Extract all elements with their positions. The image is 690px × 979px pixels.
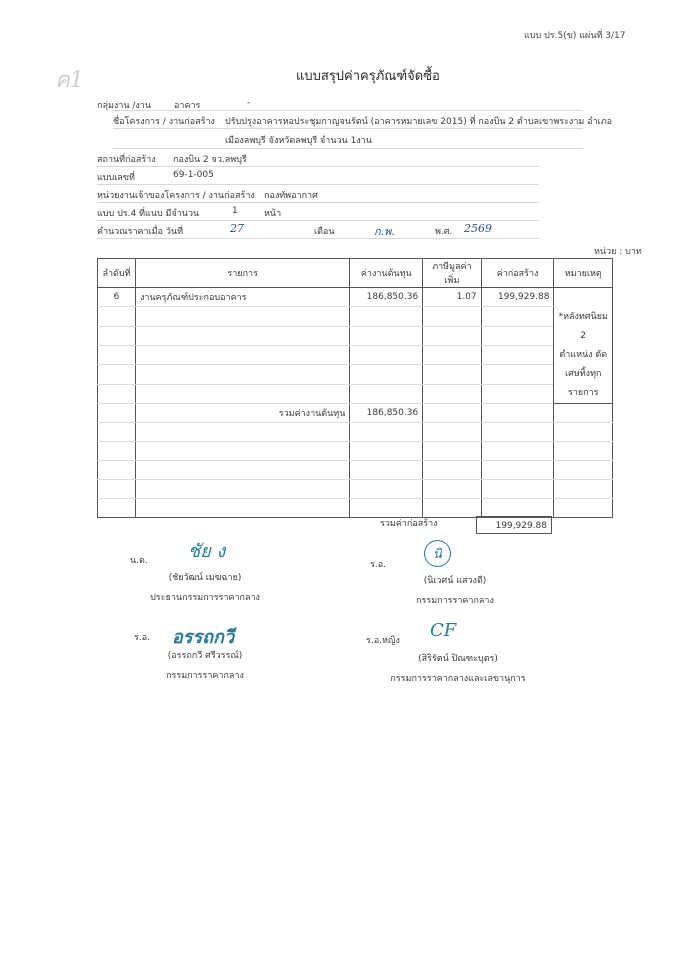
year-label: พ.ศ. [435, 224, 452, 238]
site-value: กองบิน 2 จว.ลพบุรี [173, 152, 247, 166]
table-row-empty [98, 307, 613, 326]
project-value-line2: เมืองลพบุรี จังหวัดลพบุรี จำนวน 1งาน [225, 133, 372, 147]
signer-1-block: (ชัยวัฒน์ เมฆฉาย) ประธานกรรมการราคากลาง [140, 570, 270, 604]
header-item: รายการ [135, 259, 349, 288]
note-line: รายการ [558, 384, 608, 403]
unit-label: หน่วย : บาท [594, 244, 642, 258]
project-value-line1: ปรับปรุงอาคารหอประชุมกาญจนรัตน์ (อาคารหม… [225, 114, 612, 128]
info-owner-row: หน่วยงานเจ้าของโครงการ / งานก่อสร้าง กอง… [97, 185, 539, 203]
table-row-empty [98, 461, 613, 480]
signer-3-block: (อรรถกวี ศรีวรรณ์) กรรมการราคากลาง [150, 648, 260, 682]
note-line: เศษทิ้งทุก [558, 365, 608, 384]
info-project-row: ชื่อโครงการ / งานก่อสร้าง ปรับปรุงอาคารห… [113, 110, 583, 129]
row-no: 6 [98, 288, 136, 307]
table-row-empty [98, 480, 613, 499]
subtotal-row: รวมค่างานต้นทุน 186,850.36 [98, 404, 613, 423]
header-cost: ค่างานต้นทุน [350, 259, 423, 288]
header-construction: ค่าก่อสร้าง [481, 259, 554, 288]
signer-1-signature: ชัย ง [188, 536, 225, 565]
info-calc-row: คำนวณราคาเมื่อ วันที่ 27 เดือน ก.พ. พ.ศ.… [97, 221, 539, 239]
table-row-empty [98, 384, 613, 403]
signer-2-signature: นิ [424, 540, 451, 567]
info-plan-row: แบบเลขที่ 69-1-005 [97, 167, 539, 185]
header-note: หมายเหตุ [554, 259, 613, 288]
table-row: 6 งานครุภัณฑ์ประกอบอาคาร 186,850.36 1.07… [98, 288, 613, 307]
attach-label: แบบ ปร.4 ที่แนบ มีจำนวน [97, 206, 199, 220]
table-header-row: ลำดับที่ รายการ ค่างานต้นทุน ภาษีมูลค่าเ… [98, 259, 613, 288]
signer-4-signature: CF [430, 620, 456, 641]
signer-4-block: (สิริรัตน์ ปิณฑะบุตร) กรรมการราคากลางและ… [378, 651, 538, 685]
subtotal-value: 186,850.36 [350, 404, 423, 423]
row-cost: 186,850.36 [350, 288, 423, 307]
plan-no-label: แบบเลขที่ [97, 170, 135, 184]
signer-2-role: กรรมการราคากลาง [390, 593, 520, 607]
table-row-empty [98, 345, 613, 364]
site-label: สถานที่ก่อสร้าง [97, 152, 156, 166]
info-site-row: สถานที่ก่อสร้าง กองบิน 2 จว.ลพบุรี [97, 149, 539, 167]
signer-2-block: (นิเวศน์ แสวงดี) กรรมการราคากลาง [390, 573, 520, 607]
table-row-empty [98, 442, 613, 461]
calc-month: ก.พ. [374, 222, 395, 240]
signer-4-role: กรรมการราคากลางและเลขานุการ [378, 671, 538, 685]
table-row-empty [98, 499, 613, 518]
signer-3-rank: ร.อ. [134, 630, 150, 644]
note-line: *หลังทศนิยม 2 [558, 308, 608, 346]
note-cell: *หลังทศนิยม 2 ตำแหน่ง ตัด เศษทิ้งทุก ราย… [554, 288, 613, 404]
month-label: เดือน [314, 224, 334, 238]
subtotal-label: รวมค่างานต้นทุน [135, 404, 349, 423]
attach-count: 1 [232, 206, 238, 216]
signer-3-signature: อรรถกวี [172, 622, 234, 651]
signer-1-name: (ชัยวัฒน์ เมฆฉาย) [140, 570, 270, 584]
signer-2-rank: ร.อ. [370, 557, 386, 571]
signer-4-rank: ร.อ.หญิง [366, 633, 400, 647]
row-vat: 1.07 [423, 288, 481, 307]
cost-summary-table: ลำดับที่ รายการ ค่างานต้นทุน ภาษีมูลค่าเ… [97, 258, 613, 518]
signer-4-name: (สิริรัตน์ ปิณฑะบุตร) [378, 651, 538, 665]
grand-total-value: 199,929.88 [476, 516, 552, 534]
table-row-empty [98, 365, 613, 384]
header-vat: ภาษีมูลค่าเพิ่ม [423, 259, 481, 288]
grand-total-label: รวมค่าก่อสร้าง [380, 516, 438, 530]
project-label: ชื่อโครงการ / งานก่อสร้าง [113, 114, 215, 128]
page-reference: แบบ ปร.5(ข) แผ่นที่ 3/17 [524, 28, 626, 42]
calc-date-label: คำนวณราคาเมื่อ วันที่ [97, 224, 183, 238]
table-row-empty [98, 423, 613, 442]
header-no: ลำดับที่ [98, 259, 136, 288]
owner-label: หน่วยงานเจ้าของโครงการ / งานก่อสร้าง [97, 188, 255, 202]
signer-2-name: (นิเวศน์ แสวงดี) [390, 573, 520, 587]
document-title: แบบสรุปค่าครุภัณฑ์จัดซื้อ [296, 65, 440, 86]
row-item: งานครุภัณฑ์ประกอบอาคาร [135, 288, 349, 307]
calc-year: 2569 [464, 222, 492, 235]
plan-no-value: 69-1-005 [173, 170, 214, 180]
calc-day: 27 [230, 222, 244, 235]
info-attach-row: แบบ ปร.4 ที่แนบ มีจำนวน 1 หน้า [97, 203, 539, 221]
signer-3-name: (อรรถกวี ศรีวรรณ์) [150, 648, 260, 662]
signer-1-rank: น.ต. [130, 553, 148, 567]
handwritten-corner-mark: ค1 [55, 62, 91, 96]
signer-1-role: ประธานกรรมการราคากลาง [140, 590, 270, 604]
info-project-row-2: เมืองลพบุรี จังหวัดลพบุรี จำนวน 1งาน [113, 128, 583, 149]
signer-3-role: กรรมการราคากลาง [150, 668, 260, 682]
table-row-empty [98, 326, 613, 345]
row-construction: 199,929.88 [481, 288, 554, 307]
attach-unit: หน้า [264, 206, 281, 220]
group-dot: - [247, 98, 250, 108]
note-line: ตำแหน่ง ตัด [558, 346, 608, 365]
owner-value: กองทัพอากาศ [264, 188, 318, 202]
